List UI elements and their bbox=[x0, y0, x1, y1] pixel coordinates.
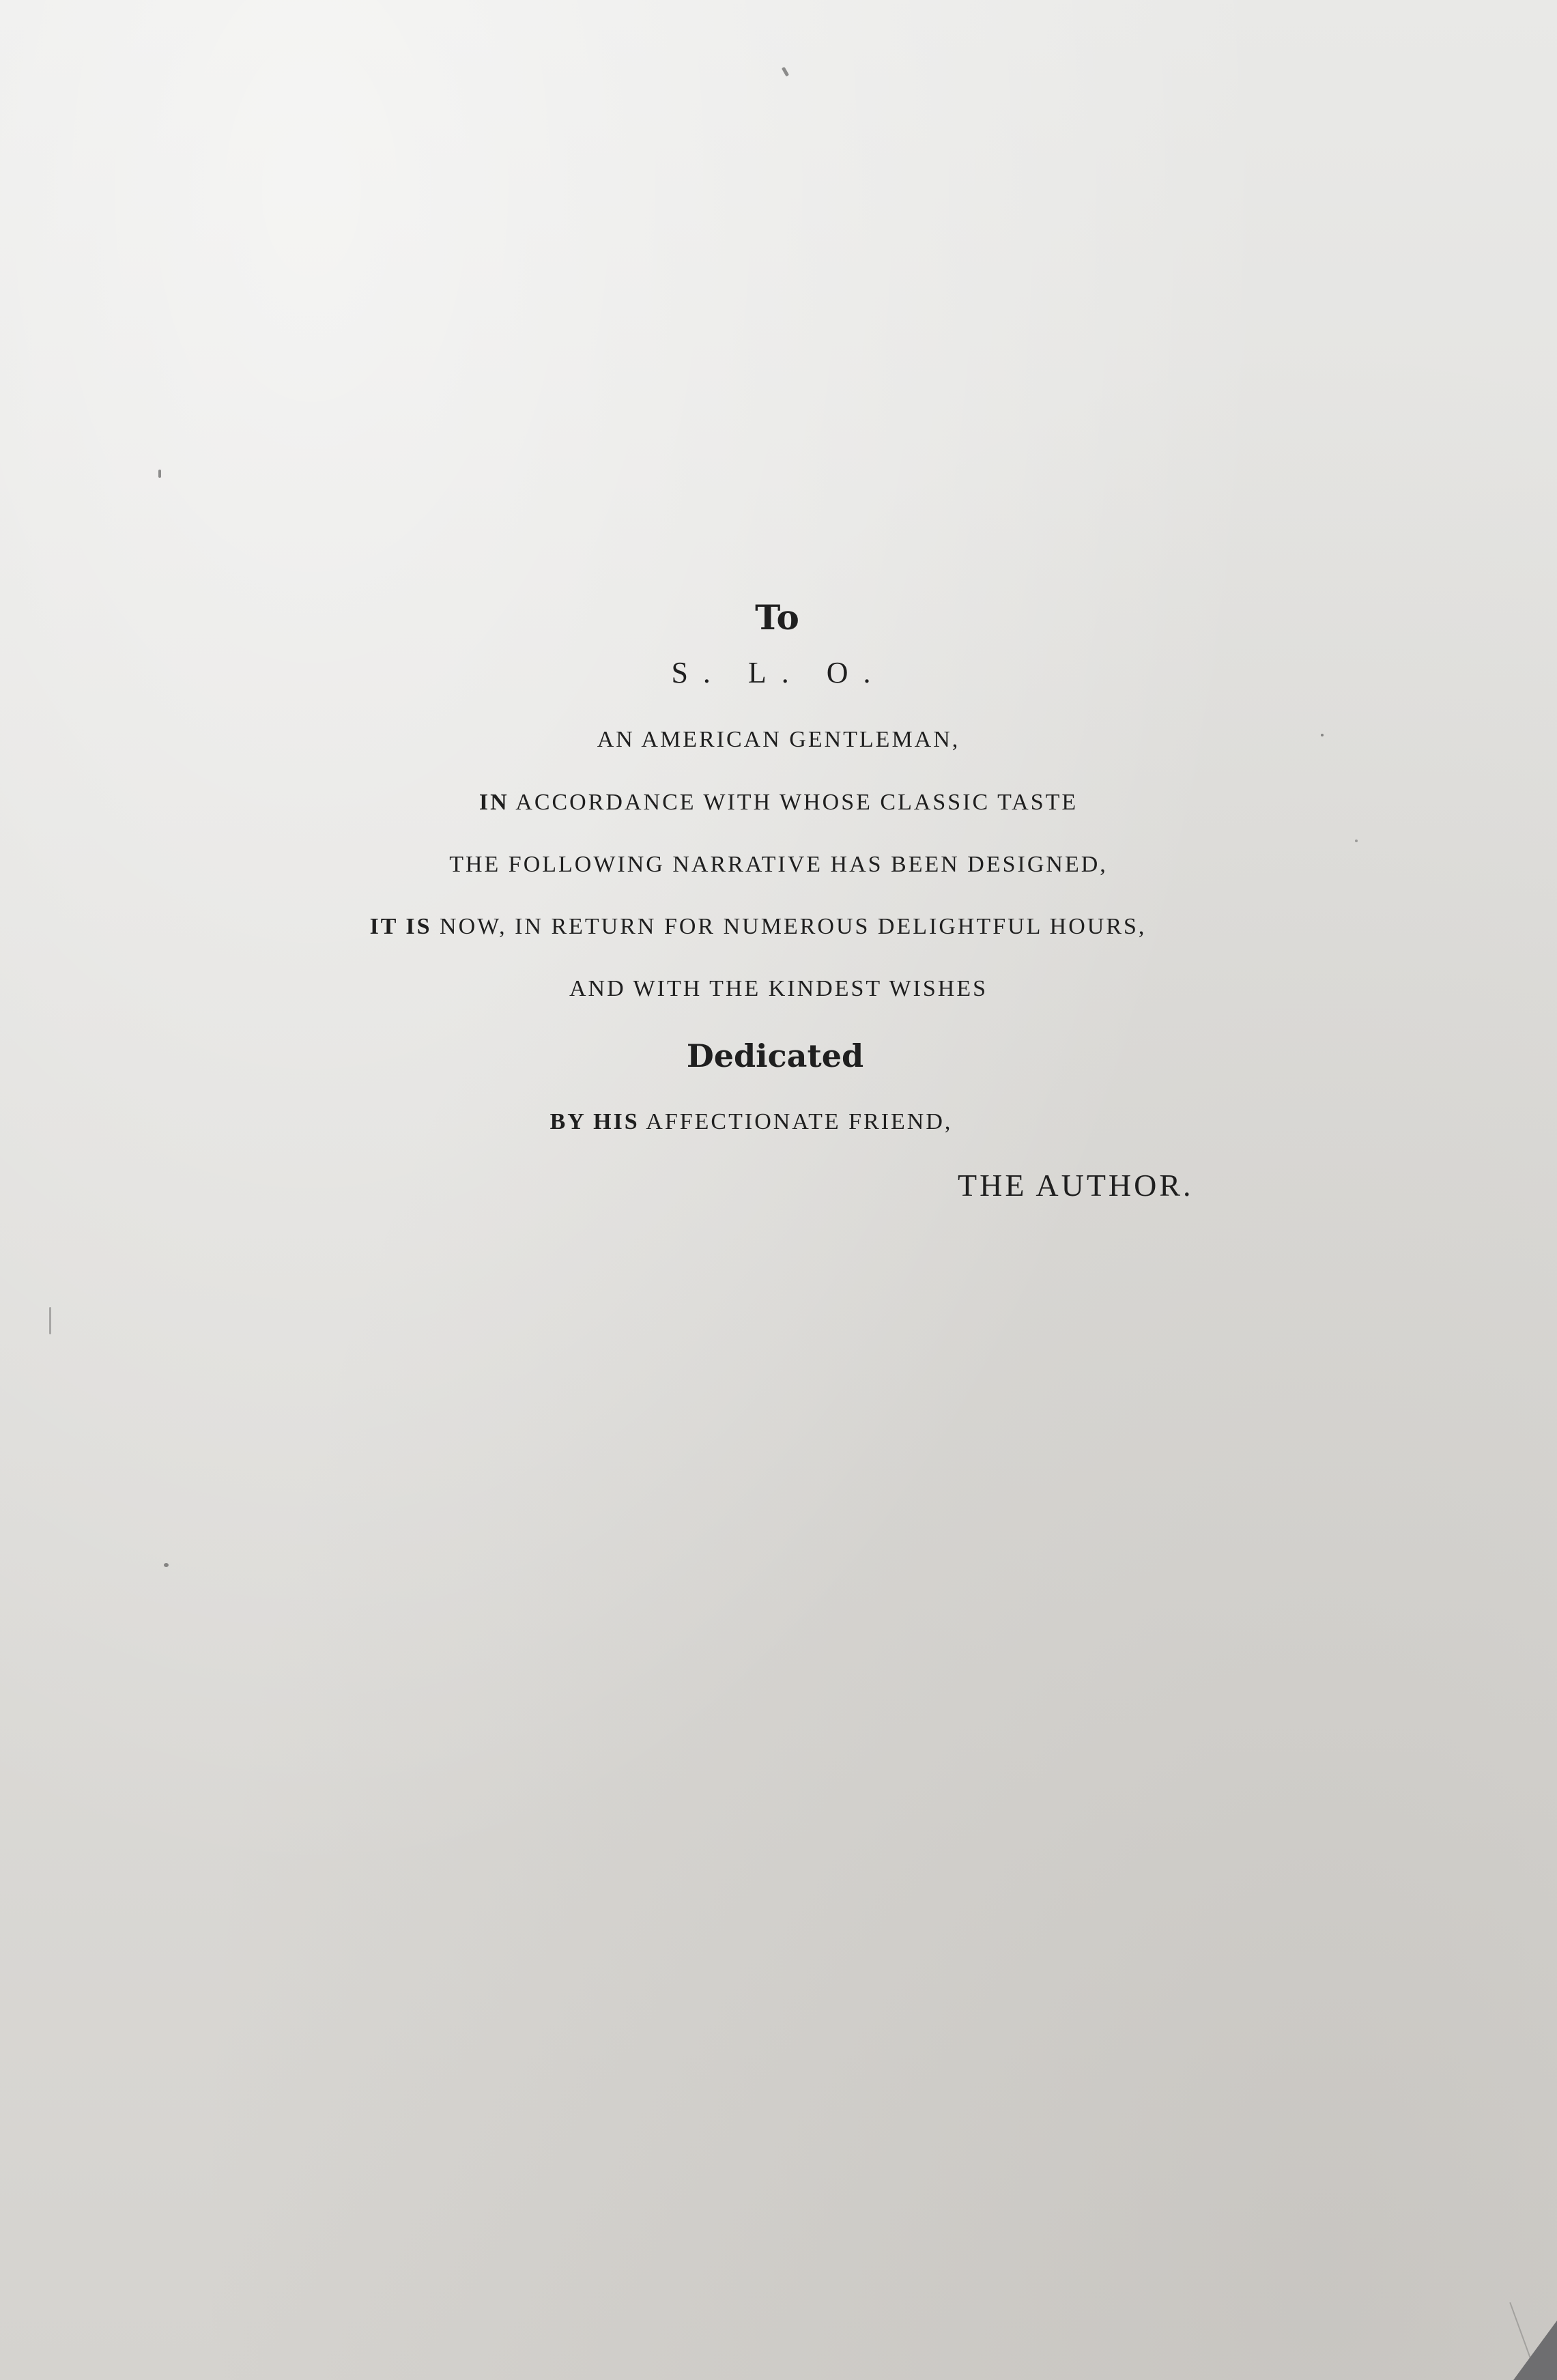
paper-fleck bbox=[1355, 840, 1358, 842]
dedication-line-2-lead: IN bbox=[479, 790, 509, 815]
dedication-line-1: AN AMERICAN GENTLEMAN, bbox=[0, 727, 1557, 753]
dedication-by-lead: BY HIS bbox=[550, 1109, 640, 1134]
dedication-line-4-lead: IT IS bbox=[370, 914, 432, 939]
dedication-by-line: BY HIS AFFECTIONATE FRIEND, bbox=[0, 1109, 1557, 1135]
dedication-line-3: THE FOLLOWING NARRATIVE HAS BEEN DESIGNE… bbox=[0, 852, 1557, 878]
paper-fleck bbox=[782, 67, 789, 77]
dedication-line-5: AND WITH THE KINDEST WISHES bbox=[0, 976, 1557, 1002]
author-signature: THE AUTHOR. bbox=[958, 1167, 1194, 1203]
book-page: To S. L. O. AN AMERICAN GENTLEMAN, IN AC… bbox=[0, 0, 1557, 2380]
dedication-line-2: IN ACCORDANCE WITH WHOSE CLASSIC TASTE bbox=[0, 790, 1557, 816]
dedicated-heading: Dedicated bbox=[0, 1037, 1557, 1074]
dedicatee-initials: S. L. O. bbox=[0, 655, 1557, 690]
page-fold-crease bbox=[1509, 2302, 1537, 2373]
paper-fleck bbox=[158, 470, 161, 478]
dedication-to: To bbox=[0, 597, 1557, 637]
dedication-line-4: IT IS NOW, IN RETURN FOR NUMEROUS DELIGH… bbox=[0, 914, 1557, 940]
paper-fleck bbox=[49, 1307, 51, 1334]
dedication-by-rest: AFFECTIONATE FRIEND, bbox=[640, 1109, 953, 1134]
paper-fleck bbox=[164, 1563, 169, 1567]
dedication-line-2-rest: ACCORDANCE WITH WHOSE CLASSIC TASTE bbox=[509, 790, 1079, 815]
dedication-line-4-rest: NOW, IN RETURN FOR NUMEROUS DELIGHTFUL H… bbox=[432, 914, 1147, 939]
